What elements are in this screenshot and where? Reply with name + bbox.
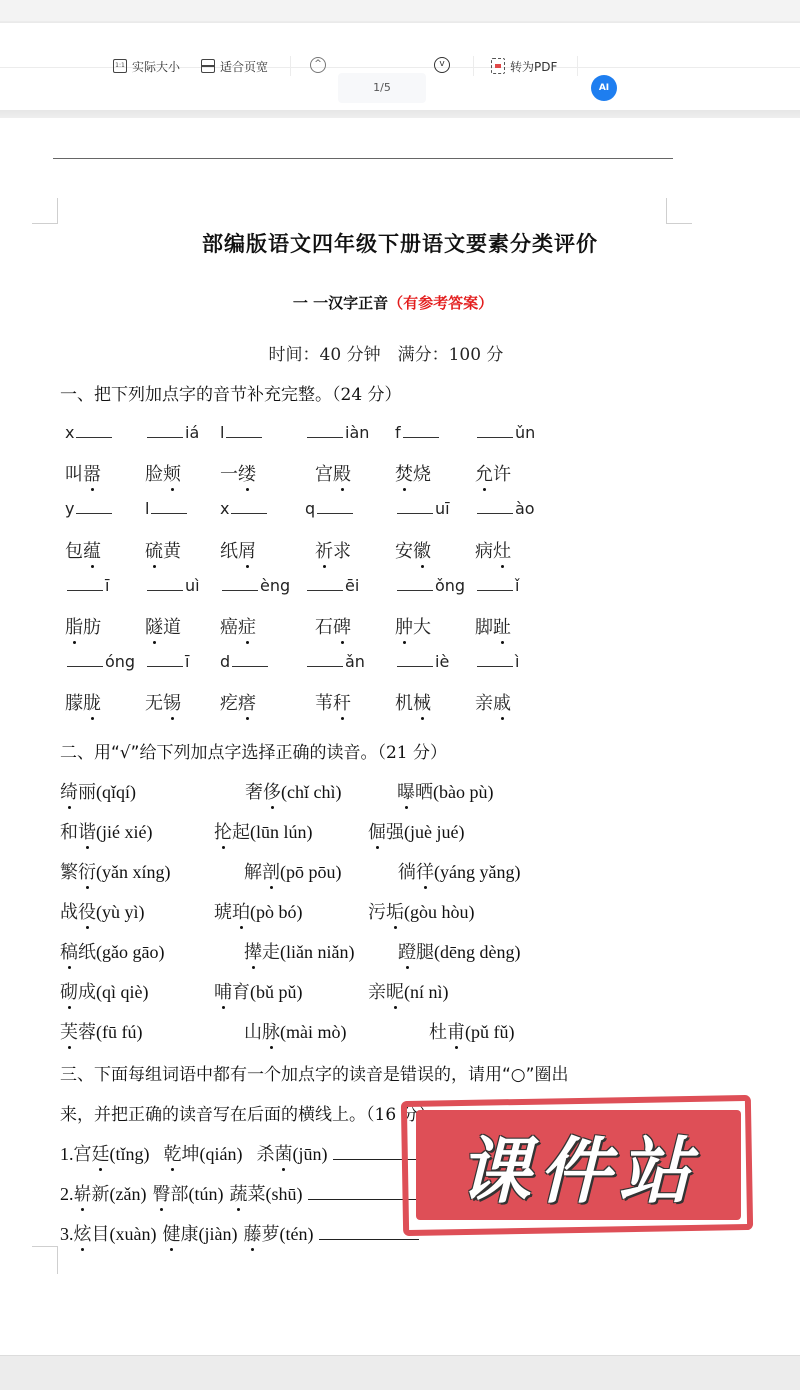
dotted-word: 蹬腿	[398, 942, 434, 963]
dotted-word: 脸颊	[145, 464, 181, 485]
given-reading: (jūn)	[292, 1144, 327, 1164]
next-page-chevron-down-icon[interactable]: v	[434, 57, 450, 73]
character: 杀	[256, 1144, 274, 1165]
prev-page-chevron-up-icon[interactable]: ^	[310, 57, 326, 73]
word-item: 石碑	[315, 613, 351, 639]
toolbar-separator	[577, 56, 578, 76]
fill-in-blank[interactable]	[397, 653, 433, 667]
pinyin-blank-item: ī	[145, 652, 189, 671]
item-number: 2.	[60, 1184, 74, 1204]
reading-choice-item[interactable]: 奢侈(chǐ chì)	[245, 778, 341, 804]
character: 亲	[475, 693, 493, 714]
word-item: 无锡	[145, 689, 181, 715]
dotted-character: 颊	[163, 460, 181, 486]
given-reading: (tén)	[279, 1224, 313, 1244]
dotted-character: 械	[413, 689, 431, 715]
toolbar-separator	[473, 56, 474, 76]
dotted-word: 乾坤	[164, 1144, 200, 1165]
word-item: 癌症	[220, 613, 256, 639]
character: 菜	[247, 1184, 265, 1205]
character: 朦	[65, 693, 83, 714]
word-with-reading[interactable]: 杀菌(jūn)	[256, 1144, 327, 1165]
correction-item: 3.炫目(xuàn)健康(jiàn)藤萝(tén)	[60, 1220, 419, 1246]
word-item: 包蕴	[65, 537, 101, 563]
dotted-word: 病灶	[475, 541, 511, 562]
word-with-reading[interactable]: 藤萝(tén)	[243, 1224, 313, 1245]
fill-in-blank[interactable]	[307, 424, 343, 438]
dotted-word: 健康	[162, 1224, 198, 1245]
dotted-character: 徉	[416, 858, 434, 884]
actual-size-button[interactable]: 实际大小	[113, 55, 180, 77]
pinyin-final: uī	[435, 499, 450, 518]
fill-in-blank[interactable]	[147, 424, 183, 438]
dotted-character: 撵	[244, 938, 262, 964]
reading-choice-item[interactable]: 倔强(juè jué)	[368, 818, 464, 844]
character: 晒	[415, 782, 433, 803]
exam-meta: 时间：40 分钟 满分：100 分	[0, 340, 772, 365]
dotted-character: 蕴	[83, 537, 101, 563]
word-item: 脸颊	[145, 460, 181, 486]
fill-in-blank[interactable]	[147, 577, 183, 591]
reading-choice-item[interactable]: 曝晒(bào pù)	[397, 778, 493, 804]
dotted-word: 宫廷	[74, 1144, 110, 1165]
character: 脸	[145, 464, 163, 485]
dotted-word: 杜甫	[429, 1022, 465, 1043]
character: 烧	[413, 464, 431, 485]
character: 无	[145, 693, 163, 714]
word-with-reading[interactable]: 蔬菜(shū)	[229, 1184, 302, 1205]
fit-width-button[interactable]: 适合页宽	[201, 55, 268, 77]
dotted-word: 臀部	[152, 1184, 188, 1205]
character: 癌	[220, 617, 238, 638]
crop-mark-top-left	[32, 198, 58, 224]
dotted-character: 肿	[395, 613, 413, 639]
dotted-word: 机械	[395, 693, 431, 714]
dotted-word: 哺育	[214, 982, 250, 1003]
dotted-word: 倔强	[368, 822, 404, 843]
pinyin-initial: f	[395, 423, 401, 442]
character: 起	[232, 822, 250, 843]
pinyin-final: uì	[185, 576, 200, 595]
item-number: 1.	[60, 1144, 74, 1164]
pinyin-initial: x	[220, 499, 229, 518]
pinyin-options: (bào pù)	[433, 782, 493, 802]
item-number: 3.	[60, 1224, 74, 1244]
dotted-word: 宫殿	[315, 464, 351, 485]
reading-choice-item[interactable]: 繁衍(yǎn xíng)	[60, 858, 170, 884]
character: 坤	[182, 1144, 200, 1165]
dotted-character: 戚	[493, 689, 511, 715]
character: 脚	[475, 617, 493, 638]
dotted-character: 侈	[263, 778, 281, 804]
reading-choice-item[interactable]: 杜甫(pǔ fǔ)	[429, 1018, 514, 1044]
dotted-character: 抡	[214, 818, 232, 844]
pinyin-blank-item: x	[65, 423, 114, 442]
character: 部	[170, 1184, 188, 1205]
pinyin-final: ēi	[345, 576, 359, 595]
pinyin-final: ǔn	[515, 423, 535, 442]
header-rule	[53, 158, 673, 159]
crop-mark-bottom-left	[32, 1246, 58, 1274]
dotted-word: 污垢	[368, 902, 404, 923]
word-item: 祈求	[315, 537, 351, 563]
document-subtitle: 一 一汉字正音（有参考答案）	[0, 292, 786, 313]
reading-choice-item[interactable]: 撵走(liǎn niǎn)	[244, 938, 354, 964]
fill-in-blank[interactable]	[477, 653, 513, 667]
dotted-word: 撵走	[244, 942, 280, 963]
character: 一	[220, 464, 238, 485]
dotted-character: 倔	[368, 818, 386, 844]
dotted-character: 砌	[60, 978, 78, 1004]
character: 山	[244, 1022, 262, 1043]
pinyin-options: (yáng yǎng)	[434, 862, 520, 882]
dotted-character: 允	[475, 460, 493, 486]
dotted-word: 战役	[60, 902, 96, 923]
dotted-word: 解剖	[244, 862, 280, 883]
fill-in-blank[interactable]	[222, 577, 258, 591]
pinyin-blank-item: q	[305, 499, 355, 518]
pinyin-final: óng	[105, 652, 135, 671]
watermark-text: 课件站	[416, 1110, 741, 1220]
dotted-character: 脉	[262, 1018, 280, 1044]
pinyin-initial: y	[65, 499, 74, 518]
pinyin-options: (qǐqí)	[96, 782, 136, 802]
word-item: 隧道	[145, 613, 181, 639]
dotted-character: 徽	[413, 537, 431, 563]
pinyin-blank-item: uì	[145, 576, 200, 595]
character: 污	[368, 902, 386, 923]
given-reading: (tǐng)	[110, 1144, 150, 1164]
pinyin-final: ǐ	[515, 576, 519, 595]
page-indicator[interactable]: 1/5	[338, 73, 426, 103]
reading-choice-item[interactable]: 污垢(gòu hòu)	[368, 898, 475, 924]
fill-in-blank[interactable]	[317, 500, 353, 514]
fill-in-blank[interactable]	[231, 500, 267, 514]
dotted-character: 隧	[145, 613, 163, 639]
character: 包	[65, 541, 83, 562]
dotted-word: 纸屑	[220, 541, 256, 562]
dotted-character: 役	[78, 898, 96, 924]
pinyin-options: (liǎn niǎn)	[280, 942, 354, 962]
reading-choice-item[interactable]: 亲昵(ní nì)	[368, 978, 449, 1004]
dotted-word: 徜徉	[398, 862, 434, 883]
dotted-word: 脂肪	[65, 617, 101, 638]
section1-heading: 一、把下列加点字的音节补充完整。（24 分）	[60, 380, 402, 405]
dotted-character: 甫	[447, 1018, 465, 1044]
dotted-character: 菌	[274, 1140, 292, 1166]
pinyin-blank-item: y	[65, 499, 114, 518]
dotted-word: 癌症	[220, 617, 256, 638]
dotted-character: 剖	[262, 858, 280, 884]
pinyin-initial: l	[220, 423, 224, 442]
answer-note: （有参考答案）	[388, 294, 493, 312]
section2-points: （21 分）	[377, 743, 447, 763]
fill-in-blank[interactable]	[477, 424, 513, 438]
dotted-word: 焚烧	[395, 464, 431, 485]
dotted-word: 无锡	[145, 693, 181, 714]
reading-choice-item[interactable]: 蹬腿(dēng dèng)	[398, 938, 520, 964]
pinyin-final: ī	[185, 652, 189, 671]
word-with-reading[interactable]: 崭新(zǎn)	[74, 1184, 147, 1205]
dotted-word: 琥珀	[214, 902, 250, 923]
dotted-word: 芙蓉	[60, 1022, 96, 1043]
dotted-word: 苇秆	[315, 693, 351, 714]
reading-choice-item[interactable]: 战役(yù yì)	[60, 898, 145, 924]
character: 宫	[74, 1144, 92, 1165]
reading-choice-item[interactable]: 稿纸(gǎo gāo)	[60, 938, 164, 964]
word-with-reading[interactable]: 健康(jiàn)	[162, 1224, 237, 1245]
dotted-character: 谐	[78, 818, 96, 844]
subtitle-text: 一 一汉字正音	[293, 294, 388, 312]
pinyin-final: ì	[515, 652, 519, 671]
word-with-reading[interactable]: 乾坤(qián)	[164, 1144, 243, 1165]
fill-in-blank[interactable]	[397, 577, 433, 591]
word-item: 纸屑	[220, 537, 256, 563]
dotted-word: 曝晒	[397, 782, 433, 803]
reading-choice-item[interactable]: 砌成(qì qiè)	[60, 978, 148, 1004]
character: 目	[92, 1224, 110, 1245]
character: 解	[244, 862, 262, 883]
reading-choice-item[interactable]: 芙蓉(fū fú)	[60, 1018, 142, 1044]
section2-heading-text: 二、用“√”给下列加点字选择正确的读音。	[60, 743, 377, 763]
watermark-stamp: 课件站	[402, 1088, 764, 1238]
window-top-bar	[0, 0, 800, 22]
pinyin-options: (yǎn xíng)	[96, 862, 170, 882]
pinyin-blank-item: óng	[65, 652, 135, 671]
character: 腿	[416, 942, 434, 963]
character: 疙	[220, 693, 238, 714]
character: 成	[78, 982, 96, 1003]
dotted-character: 祈	[315, 537, 333, 563]
dotted-word: 祈求	[315, 541, 351, 562]
pinyin-options: (jié xié)	[96, 822, 152, 842]
pinyin-initial: d	[220, 652, 230, 671]
reading-choice-item[interactable]: 琥珀(pò bó)	[214, 898, 303, 924]
word-item: 脚趾	[475, 613, 511, 639]
crop-mark-top-right	[666, 198, 692, 224]
fill-in-blank[interactable]	[307, 653, 343, 667]
dotted-word: 脚趾	[475, 617, 511, 638]
given-reading: (zǎn)	[110, 1184, 147, 1204]
fill-in-blank[interactable]	[67, 653, 103, 667]
character: 机	[395, 693, 413, 714]
dotted-word: 砌成	[60, 982, 96, 1003]
dotted-character: 缕	[238, 460, 256, 486]
dotted-word: 肿大	[395, 617, 431, 638]
ai-assistant-button[interactable]: AI	[591, 75, 617, 101]
dotted-character: 秆	[333, 689, 351, 715]
reading-choice-item[interactable]: 哺育(bǔ pǔ)	[214, 978, 303, 1004]
word-item: 允许	[475, 460, 511, 486]
dotted-character: 胧	[83, 689, 101, 715]
dotted-word: 奢侈	[245, 782, 281, 803]
character: 琥	[214, 902, 232, 923]
viewer-bottom-area	[0, 1355, 800, 1390]
character: 道	[163, 617, 181, 638]
dotted-character: 健	[162, 1220, 180, 1246]
character: 安	[395, 541, 413, 562]
document-title: 部编版语文四年级下册语文要素分类评价	[0, 228, 800, 258]
dotted-character: 灶	[493, 537, 511, 563]
fill-in-blank[interactable]	[76, 424, 112, 438]
character: 战	[60, 902, 78, 923]
dotted-word: 稿纸	[60, 942, 96, 963]
fill-in-blank[interactable]	[403, 424, 439, 438]
dotted-word: 叫嚣	[65, 464, 101, 485]
fit-width-icon	[201, 59, 215, 73]
pinyin-blank-item: ēi	[305, 576, 359, 595]
pinyin-final: ào	[515, 499, 535, 518]
character: 大	[413, 617, 431, 638]
pinyin-final: ǎn	[345, 652, 365, 671]
reading-choice-item[interactable]: 绮丽(qǐqí)	[60, 778, 136, 804]
section3-heading-line1: 三、下面每组词语中都有一个加点字的读音是错误的，请用“○”圈出	[60, 1060, 568, 1085]
dotted-character: 芙	[60, 1018, 78, 1044]
dotted-word: 疙瘩	[220, 693, 256, 714]
dotted-word: 硫黄	[145, 541, 181, 562]
pinyin-final: ī	[105, 576, 109, 595]
reading-choice-item[interactable]: 抡起(lūn lún)	[214, 818, 313, 844]
pinyin-blank-item: f	[395, 423, 441, 442]
pinyin-final: iàn	[345, 423, 369, 442]
dotted-character: 稿	[60, 938, 78, 964]
reading-choice-item[interactable]: 解剖(pō pōu)	[244, 858, 342, 884]
word-with-reading[interactable]: 炫目(xuàn)	[74, 1224, 157, 1245]
dotted-character: 廷	[92, 1140, 110, 1166]
dotted-word: 允许	[475, 464, 511, 485]
pinyin-initial: q	[305, 499, 315, 518]
character: 萝	[261, 1224, 279, 1245]
dotted-character: 藤	[243, 1220, 261, 1246]
fill-in-blank[interactable]	[232, 653, 268, 667]
dotted-word: 包蕴	[65, 541, 101, 562]
word-item: 苇秆	[315, 689, 351, 715]
dotted-word: 朦胧	[65, 693, 101, 714]
character: 叫	[65, 464, 83, 485]
character: 黄	[163, 541, 181, 562]
fill-in-blank[interactable]	[76, 500, 112, 514]
fill-in-blank[interactable]	[147, 653, 183, 667]
convert-pdf-label: 转为PDF	[510, 58, 557, 75]
pinyin-blank-item: l	[145, 499, 189, 518]
word-with-reading[interactable]: 宫廷(tǐng)	[74, 1144, 150, 1165]
pinyin-options: (yù yì)	[96, 902, 145, 922]
word-with-reading[interactable]: 臀部(tún)	[152, 1184, 223, 1205]
word-item: 脂肪	[65, 613, 101, 639]
word-item: 一缕	[220, 460, 256, 486]
dotted-word: 崭新	[74, 1184, 110, 1205]
character: 徜	[398, 862, 416, 883]
pinyin-options: (chǐ chì)	[281, 782, 341, 802]
pinyin-initial: x	[65, 423, 74, 442]
pinyin-final: ǒng	[435, 576, 465, 595]
dotted-character: 锡	[163, 689, 181, 715]
pinyin-options: (gǎo gāo)	[96, 942, 164, 962]
reading-choice-item[interactable]: 山脉(mài mò)	[244, 1018, 346, 1044]
character: 纸	[220, 541, 238, 562]
pinyin-options: (pō pōu)	[280, 862, 342, 882]
word-item: 硫黄	[145, 537, 181, 563]
pinyin-options: (pǔ fǔ)	[465, 1022, 514, 1042]
dotted-word: 藤萝	[243, 1224, 279, 1245]
pinyin-final: iè	[435, 652, 449, 671]
pinyin-options: (pò bó)	[250, 902, 303, 922]
word-item: 安徽	[395, 537, 431, 563]
dotted-word: 杀菌	[256, 1144, 292, 1165]
fill-in-blank[interactable]	[226, 424, 262, 438]
pdf-icon	[491, 58, 505, 74]
given-reading: (xuàn)	[110, 1224, 157, 1244]
pinyin-blank-item: ǒng	[395, 576, 465, 595]
fill-in-blank[interactable]	[477, 500, 513, 514]
pinyin-blank-item: ǔn	[475, 423, 535, 442]
pinyin-options: (lūn lún)	[250, 822, 313, 842]
pinyin-options: (bǔ pǔ)	[250, 982, 303, 1002]
fill-in-blank[interactable]	[151, 500, 187, 514]
fill-in-blank[interactable]	[397, 500, 433, 514]
pinyin-blank-item: ǎn	[305, 652, 365, 671]
dotted-character: 曝	[397, 778, 415, 804]
pinyin-blank-item: x	[220, 499, 269, 518]
dotted-character: 症	[238, 613, 256, 639]
given-reading: (shū)	[265, 1184, 302, 1204]
character: 石	[315, 617, 333, 638]
reading-choice-item[interactable]: 和谐(jié xié)	[60, 818, 152, 844]
correction-item: 2.崭新(zǎn)臀部(tún)蔬菜(shū)	[60, 1180, 420, 1206]
pinyin-blank-item: iè	[395, 652, 449, 671]
dotted-word: 亲昵	[368, 982, 404, 1003]
character: 纸	[78, 942, 96, 963]
pinyin-final: èng	[260, 576, 290, 595]
dotted-word: 抡起	[214, 822, 250, 843]
given-reading: (tún)	[188, 1184, 223, 1204]
character: 繁	[60, 862, 78, 883]
section3-heading-text: 来，并把正确的读音写在后面的横线上。	[60, 1105, 366, 1125]
dotted-word: 一缕	[220, 464, 256, 485]
actual-size-label: 实际大小	[132, 58, 180, 75]
character: 蓉	[78, 1022, 96, 1043]
dotted-character: 珀	[232, 898, 250, 924]
word-item: 亲戚	[475, 689, 511, 715]
dotted-character: 瘩	[238, 689, 256, 715]
dotted-character: 硫	[145, 537, 163, 563]
dotted-character: 炫	[74, 1220, 92, 1246]
dotted-word: 隧道	[145, 617, 181, 638]
pinyin-initial: l	[145, 499, 149, 518]
dotted-character: 昵	[386, 978, 404, 1004]
reading-choice-item[interactable]: 徜徉(yáng yǎng)	[398, 858, 520, 884]
fill-in-blank[interactable]	[67, 577, 103, 591]
pinyin-blank-item: èng	[220, 576, 290, 595]
character: 康	[180, 1224, 198, 1245]
pinyin-blank-item: d	[220, 652, 270, 671]
dotted-character: 屑	[238, 537, 256, 563]
pinyin-options: (ní nì)	[404, 982, 449, 1002]
fill-in-blank[interactable]	[477, 577, 513, 591]
correction-item: 1.宫廷(tǐng)乾坤(qián)杀菌(jūn)	[60, 1140, 457, 1166]
fill-in-blank[interactable]	[307, 577, 343, 591]
character: 宫	[315, 464, 333, 485]
character: 新	[92, 1184, 110, 1205]
character: 丽	[78, 782, 96, 803]
dotted-word: 绮丽	[60, 782, 96, 803]
pinyin-blank-item: iá	[145, 423, 199, 442]
section2-heading: 二、用“√”给下列加点字选择正确的读音。（21 分）	[60, 738, 447, 763]
convert-pdf-button[interactable]: 转为PDF	[491, 55, 557, 77]
word-item: 疙瘩	[220, 689, 256, 715]
dotted-character: 蹬	[398, 938, 416, 964]
pinyin-blank-item: l	[220, 423, 264, 442]
